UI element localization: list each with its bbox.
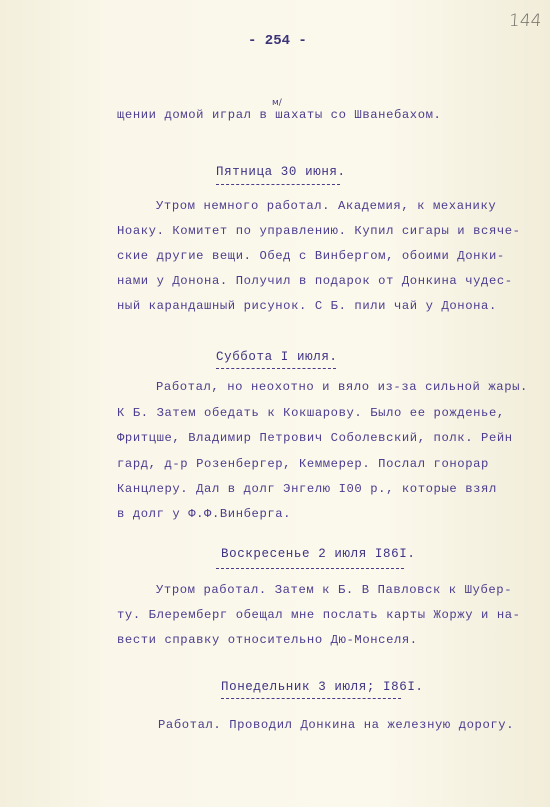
entry-line: в долг у Ф.Ф.Винберга. — [117, 507, 291, 521]
entry-heading: Воскресенье 2 июля I86I. — [221, 547, 415, 561]
archive-folio-number: 144 — [508, 11, 542, 31]
handwritten-correction: м/ — [272, 98, 282, 108]
entry-line: Ноаку. Комитет по управлению. Купил сига… — [117, 224, 521, 238]
page-number: - 254 - — [248, 33, 307, 49]
entry-heading: Пятница 30 июня. — [216, 165, 346, 179]
entry-line: вести справку относительно Дю-Монселя. — [117, 633, 418, 647]
heading-underline — [216, 184, 340, 185]
entry-heading: Понедельник 3 июля; I86I. — [221, 680, 424, 694]
heading-underline — [216, 568, 404, 569]
entry-line: ту. Блеремберг обещал мне послать карты … — [117, 608, 521, 622]
heading-underline — [221, 698, 401, 699]
entry-line: нами у Донона. Получил в подарок от Донк… — [117, 274, 513, 288]
document-page: 144 - 254 - щении домой играл в шахаты с… — [0, 0, 550, 807]
entry-line: ный карандашный рисунок. С Б. пили чай у… — [117, 299, 497, 313]
entry-line: К Б. Затем обедать к Кокшарову. Было ее … — [117, 406, 505, 420]
entry-line: Работал, но неохотно и вяло из-за сильно… — [156, 380, 528, 394]
heading-underline — [216, 368, 336, 369]
entry-line: ские другие вещи. Обед с Винбергом, обои… — [117, 249, 505, 263]
entry-line: гард, д-р Розенбергер, Кеммерер. Послал … — [117, 457, 489, 471]
continuation-line: щении домой играл в шахаты со Шванебахом… — [117, 108, 441, 122]
entry-line: Канцлеру. Дал в долг Энгелю I00 р., кото… — [117, 482, 497, 496]
entry-line: Утром немного работал. Академия, к механ… — [156, 199, 496, 213]
entry-heading: Суббота I июля. — [216, 350, 338, 364]
entry-line: Утром работал. Затем к Б. В Павловск к Ш… — [156, 583, 512, 597]
entry-line: Работал. Проводил Донкина на железную до… — [158, 718, 514, 732]
entry-line: Фритцше, Владимир Петрович Соболевский, … — [117, 431, 513, 445]
